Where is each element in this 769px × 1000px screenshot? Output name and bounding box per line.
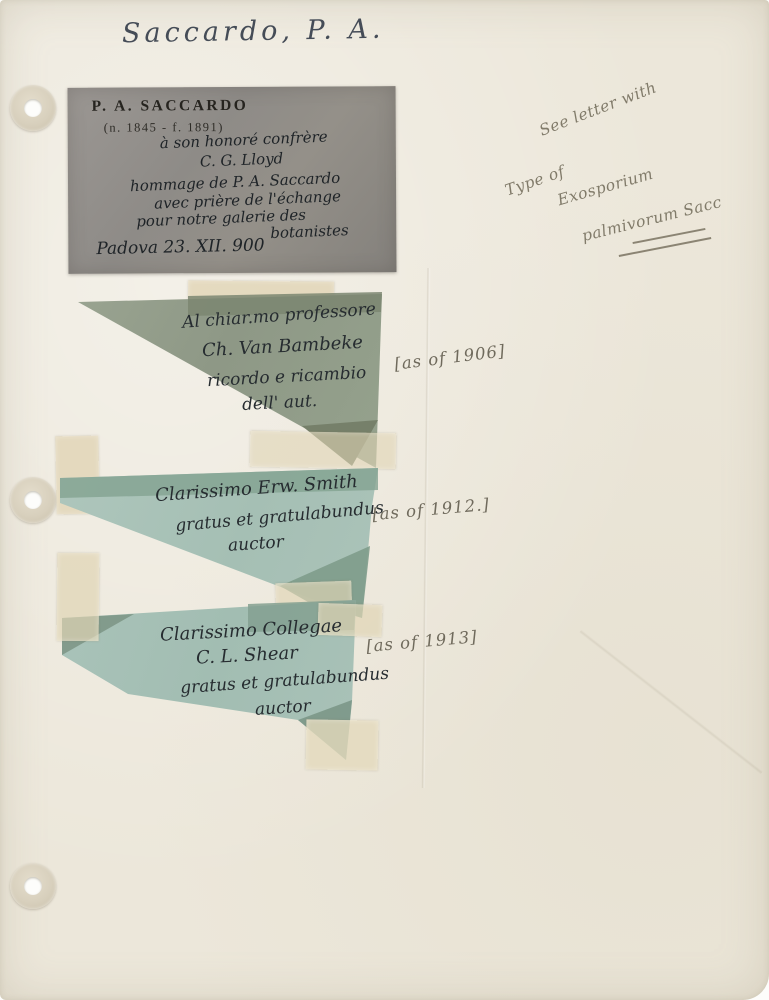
- pencil-underline: [619, 237, 712, 257]
- scanned-document: Saccardo, P. A. P. A. SACCARDO (n. 1845 …: [0, 0, 769, 1000]
- card-dedication-line: botanistes: [270, 221, 349, 242]
- paper-crease-diagonal: [579, 630, 763, 775]
- tape-strip: [57, 553, 100, 641]
- album-page: Saccardo, P. A. P. A. SACCARDO (n. 1845 …: [0, 0, 769, 1000]
- saccardo-dedication-card: P. A. SACCARDO (n. 1845 - f. 1891) à son…: [68, 86, 397, 274]
- punch-hole: [24, 877, 42, 895]
- date-annotation-1913: [as of 1913]: [365, 627, 478, 656]
- clipping-dedication-line: dell' aut.: [242, 391, 318, 415]
- pencil-note-line: See letter with: [537, 78, 659, 139]
- pencil-note-line: Exosporium: [555, 165, 655, 209]
- date-annotation-1906: [as of 1906]: [393, 341, 506, 373]
- page-title-handwriting: Saccardo, P. A.: [122, 14, 385, 50]
- clipping-dedication-line: auctor: [254, 696, 311, 720]
- hole-punch-top: [10, 85, 56, 131]
- punch-hole: [24, 99, 42, 117]
- hole-punch-middle: [10, 477, 56, 523]
- card-dedication-date-line: Padova 23. XII. 900: [96, 235, 265, 259]
- date-annotation-1912: [as of 1912.]: [371, 495, 490, 524]
- hole-punch-bottom: [10, 863, 56, 909]
- punch-hole: [24, 491, 42, 509]
- card-printed-name: P. A. SACCARDO: [92, 97, 249, 116]
- tape-strip: [250, 431, 397, 470]
- tape-strip: [306, 719, 379, 770]
- card-dedication-line: C. G. Lloyd: [200, 149, 284, 170]
- clipping-dedication-line: auctor: [227, 532, 284, 556]
- paper-crease-vertical: [421, 268, 430, 788]
